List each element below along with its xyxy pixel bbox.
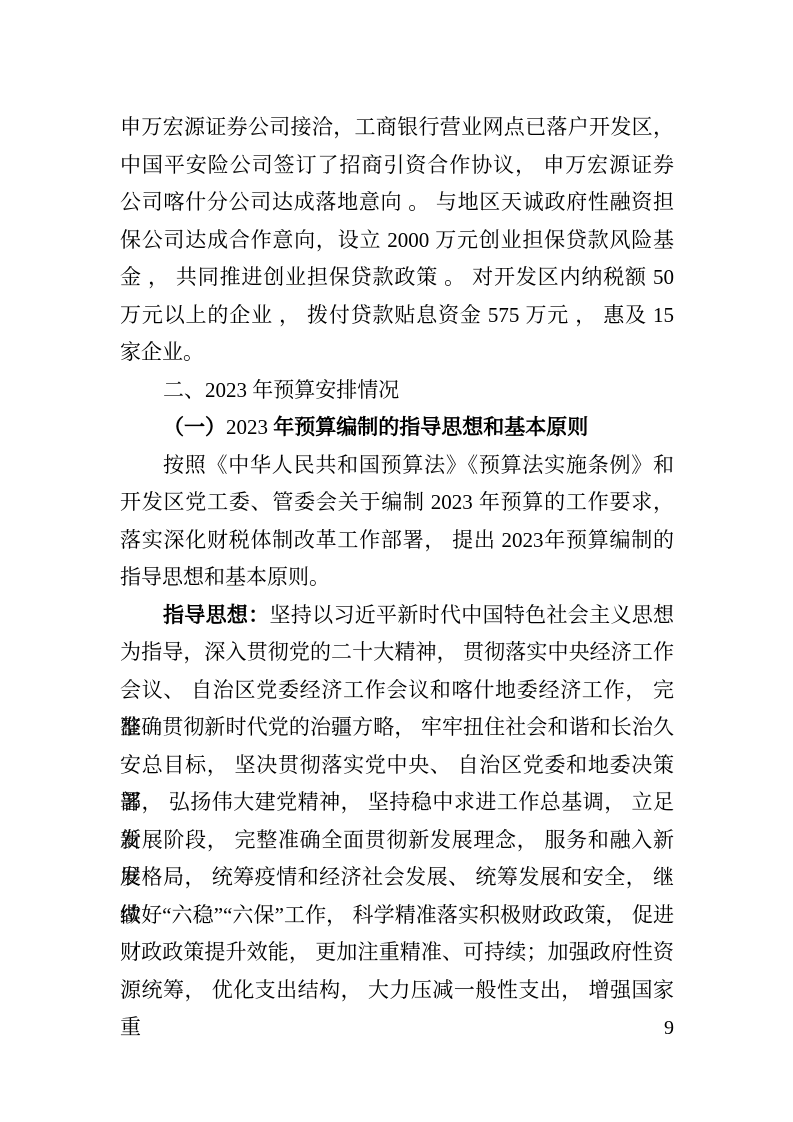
- subsection-heading-title: 年预算编制的指导思想和基本原则: [273, 416, 588, 439]
- body-line: 金 ， 共同推进创业担保贷款政策 。 对开发区内纳税额 50: [120, 259, 674, 297]
- body-line: 家企业。: [120, 334, 674, 372]
- subsection-heading-number: （一）: [163, 416, 226, 439]
- body-line: 发展阶段， 完整准确全面贯彻新发展理念， 服务和融入新发: [120, 822, 674, 860]
- section-heading: 二、2023 年预算安排情况: [120, 372, 674, 410]
- body-line: 准确贯彻新时代党的治疆方略， 牢牢扭住社会和谐和长治久: [120, 709, 674, 747]
- body-line: 安总目标， 坚决贯彻落实党中央、 自治区党委和地委决策部: [120, 747, 674, 785]
- text-block: 申万宏源证券公司接洽，工商银行营业网点已落户开发区， 中国平安险公司签订了招商引…: [120, 109, 674, 1009]
- subsection-heading: （一）2023 年预算编制的指导思想和基本原则: [120, 409, 674, 447]
- body-line: 万元以上的企业 ， 拨付贷款贴息资金 575 万元 ， 惠及 15: [120, 297, 674, 335]
- document-page: 申万宏源证券公司接洽，工商银行营业网点已落户开发区， 中国平安险公司签订了招商引…: [0, 0, 793, 1122]
- body-line: 财政政策提升效能， 更加注重精准、可持续；加强政府性资: [120, 934, 674, 972]
- body-line: 署， 弘扬伟大建党精神， 坚持稳中求进工作总基调， 立足新: [120, 784, 674, 822]
- body-line: 源统筹， 优化支出结构， 大力压减一般性支出， 增强国家重: [120, 972, 674, 1010]
- body-line: 会议、 自治区党委经济工作会议和喀什地委经济工作， 完整: [120, 672, 674, 710]
- body-line: 为指导，深入贯彻党的二十大精神， 贯彻落实中央经济工作: [120, 634, 674, 672]
- body-line: 做好“六稳”“六保”工作， 科学精准落实积极财政政策， 促进: [120, 897, 674, 935]
- guiding-thought-lead: 指导思想：: [163, 604, 270, 627]
- guiding-thought-text: 坚持以习近平新时代中国特色社会主义思想: [270, 603, 674, 627]
- body-line: 落实深化财税体制改革工作部署， 提出 2023年预算编制的: [120, 522, 674, 560]
- body-line: 开发区党工委、管委会关于编制 2023 年预算的工作要求，: [120, 484, 674, 522]
- subsection-heading-year: 2023: [226, 415, 273, 439]
- body-line: 申万宏源证券公司接洽，工商银行营业网点已落户开发区，: [120, 109, 674, 147]
- body-line: 展格局， 统筹疫情和经济社会发展、 统筹发展和安全， 继续: [120, 859, 674, 897]
- body-line: 指导思想和基本原则。: [120, 559, 674, 597]
- body-line: 保公司达成合作意向，设立 2000 万元创业担保贷款风险基: [120, 222, 674, 260]
- body-line: 指导思想：坚持以习近平新时代中国特色社会主义思想: [120, 597, 674, 635]
- body-line: 中国平安险公司签订了招商引资合作协议， 申万宏源证券: [120, 147, 674, 185]
- body-line: 按照《中华人民共和国预算法》《预算法实施条例》和: [120, 447, 674, 485]
- page-number: 9: [120, 1014, 674, 1042]
- body-line: 公司喀什分公司达成落地意向 。 与地区天诚政府性融资担: [120, 184, 674, 222]
